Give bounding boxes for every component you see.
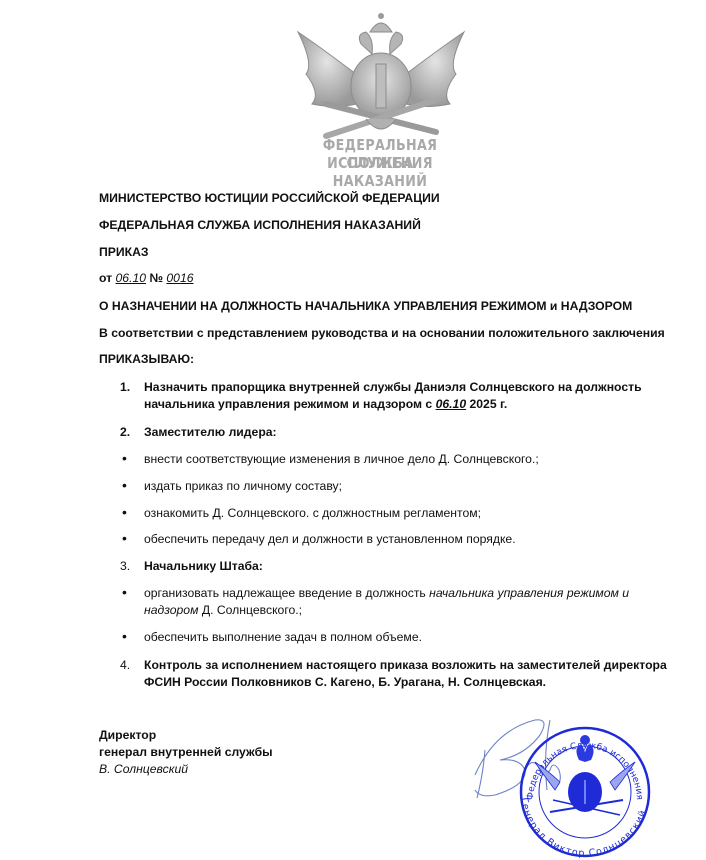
- ministry-heading: МИНИСТЕРСТВО ЮСТИЦИИ РОССИЙСКОЙ ФЕДЕРАЦИ…: [99, 191, 440, 205]
- item-text: Контроль за исполнением настоящего прика…: [144, 657, 684, 691]
- bullet-icon: •: [122, 584, 127, 601]
- document-type: ПРИКАЗ: [99, 245, 149, 259]
- date-prefix: от: [99, 271, 112, 285]
- official-seal-stamp-icon: Федеральная Служба исполнения наказаний …: [455, 700, 706, 860]
- bullet-icon: •: [122, 450, 127, 467]
- signatory-name: В. Солнцевский: [99, 762, 188, 776]
- bullet-icon: •: [122, 504, 127, 521]
- bullet-icon: •: [122, 477, 127, 494]
- item-text: Назначить прапорщика внутренней службы Д…: [144, 379, 684, 413]
- bullet-icon: •: [122, 530, 127, 547]
- item-number: 2.: [120, 424, 144, 441]
- item-number: 1.: [120, 379, 144, 396]
- bullet-icon: •: [122, 628, 127, 645]
- emblem-caption-line2: ИСПОЛНЕНИЯ НАКАЗАНИЙ: [298, 154, 462, 190]
- order-basis: В соответствии с представлением руководс…: [99, 326, 665, 340]
- appointment-date: 06.10: [436, 397, 467, 411]
- item-text: Начальнику Штаба:: [144, 558, 684, 575]
- item-number: 3.: [120, 558, 144, 575]
- service-heading: ФЕДЕРАЛЬНАЯ СЛУЖБА ИСПОЛНЕНИЯ НАКАЗАНИЙ: [99, 218, 421, 232]
- item-number: 4.: [120, 657, 144, 674]
- item-text: Заместителю лидера:: [144, 424, 684, 441]
- number-sign: №: [149, 271, 163, 285]
- order-subject: О НАЗНАЧЕНИИ НА ДОЛЖНОСТЬ НАЧАЛЬНИКА УПР…: [99, 299, 632, 313]
- order-date: 06.10: [116, 271, 147, 285]
- order-word: ПРИКАЗЫВАЮ:: [99, 352, 194, 366]
- order-date-number: от 06.10 № 0016: [99, 271, 194, 285]
- signatory-rank: генерал внутренней службы: [99, 745, 273, 759]
- order-number: 0016: [166, 271, 193, 285]
- signatory-title: Директор: [99, 728, 156, 742]
